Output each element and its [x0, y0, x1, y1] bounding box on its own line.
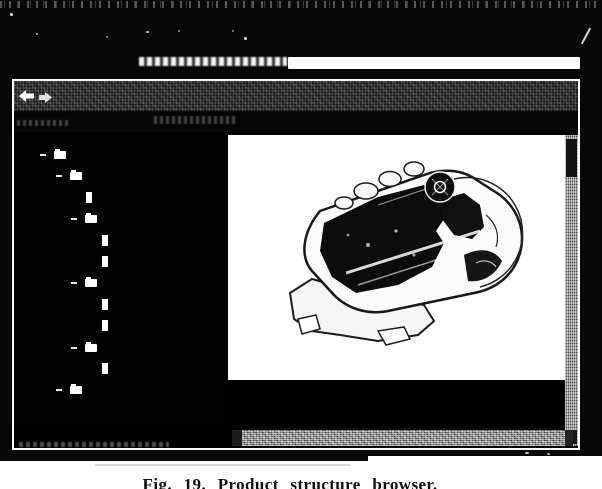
document-icon [102, 320, 108, 331]
scan-noise-dot [525, 452, 529, 454]
status-text-smudge [19, 442, 169, 447]
document-icon [102, 363, 108, 374]
engine-cutaway-image [228, 135, 565, 380]
viewer-panel [228, 135, 565, 380]
address-text-smudge [139, 57, 287, 66]
address-bar-field[interactable] [288, 57, 580, 69]
expand-marker-icon[interactable] [71, 347, 77, 349]
back-button[interactable] [18, 89, 35, 103]
scan-noise-strip [0, 1, 602, 8]
browser-window [12, 79, 580, 450]
expand-marker-icon[interactable] [71, 282, 77, 284]
tree-row[interactable] [71, 193, 131, 205]
tree-row[interactable] [87, 236, 147, 248]
scan-noise-dot [547, 453, 550, 455]
figure-ragged-edge [0, 456, 368, 461]
scan-noise-dot [106, 36, 108, 38]
scan-noise-dot [36, 33, 38, 35]
scan-noise-dot [178, 30, 180, 32]
expand-marker-icon[interactable] [56, 175, 62, 177]
product-tree-panel [14, 132, 226, 428]
folder-icon [85, 344, 97, 352]
document-icon [102, 299, 108, 310]
tree-row[interactable] [87, 321, 147, 333]
document-icon [102, 235, 108, 246]
scan-noise-dot [146, 31, 149, 33]
document-icon [86, 192, 92, 203]
folder-icon [70, 172, 82, 180]
tree-row[interactable] [87, 257, 147, 269]
document-icon [102, 256, 108, 267]
vertical-scrollbar[interactable] [565, 135, 578, 446]
scan-noise-dot [10, 13, 13, 16]
toolbar [14, 81, 578, 111]
folder-icon [70, 386, 82, 394]
tree-row[interactable] [87, 300, 147, 312]
folder-icon [54, 151, 66, 159]
scrollbar-button[interactable] [232, 430, 242, 446]
menu-text-smudge [154, 116, 238, 124]
tree-row[interactable] [87, 364, 147, 376]
tree-row[interactable] [71, 214, 131, 226]
forward-icon [39, 92, 53, 103]
figure-scan [0, 0, 602, 456]
horizontal-scrollbar[interactable] [232, 430, 573, 446]
tree-row[interactable] [71, 343, 131, 355]
scan-noise-dot [232, 30, 234, 32]
scratch-mark [581, 28, 591, 45]
scan-streak [95, 464, 350, 466]
scrollbar-button[interactable] [565, 430, 573, 446]
tree-row[interactable] [71, 278, 131, 290]
scrollbar-thumb[interactable] [566, 139, 577, 177]
folder-icon [85, 279, 97, 287]
tree-row[interactable] [56, 171, 116, 183]
menu-bar [14, 111, 578, 132]
figure-caption: Fig. 19. Product structure browser. [0, 475, 580, 489]
expand-marker-icon[interactable] [40, 154, 46, 156]
tree-row[interactable] [56, 385, 116, 397]
page: Fig. 19. Product structure browser. [0, 0, 602, 489]
expand-marker-icon[interactable] [56, 389, 62, 391]
scan-noise-dot [244, 37, 247, 40]
menu-text-smudge [17, 120, 69, 126]
tree-row[interactable] [40, 150, 100, 162]
folder-icon [85, 215, 97, 223]
back-icon [18, 89, 35, 103]
expand-marker-icon[interactable] [71, 218, 77, 220]
forward-button[interactable] [39, 92, 53, 103]
